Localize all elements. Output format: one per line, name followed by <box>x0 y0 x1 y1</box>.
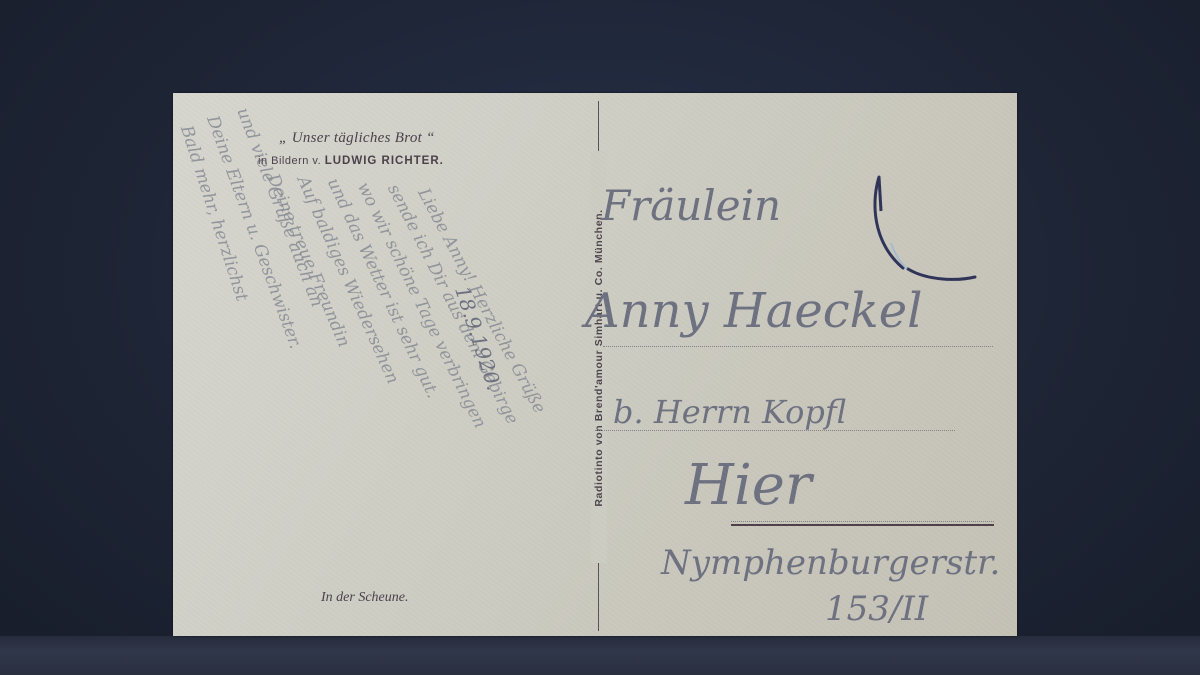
address-street: Nymphenburgerstr. <box>661 543 1000 583</box>
postcard: Bald mehr, herzlichst Deine Eltern u. Ge… <box>173 93 1017 636</box>
address-care-of: b. Herrn Kopfl <box>613 393 846 431</box>
address-salutation: Fräulein <box>601 181 781 230</box>
address-line-3 <box>731 521 994 522</box>
city-underline <box>731 524 994 526</box>
address-number: 153/II <box>825 589 928 629</box>
printed-caption: In der Scheune. <box>321 590 408 606</box>
address-name: Anny Haeckel <box>585 283 922 339</box>
table-edge <box>0 636 1200 675</box>
address-city: Hier <box>685 453 812 518</box>
printed-series-title: „ Unser tägliches Brot “ <box>279 130 435 147</box>
printed-artist-line: in Bildern v. LUDWIG RICHTER. <box>258 155 444 167</box>
artist-name: LUDWIG RICHTER. <box>325 155 444 167</box>
address-line-2 <box>595 430 955 431</box>
artist-prefix: in Bildern v. <box>258 155 325 167</box>
publisher-imprint: Radiotinto von Brend'amour Simhart u. Co… <box>593 209 605 506</box>
postmark-icon <box>873 173 989 289</box>
address-line-1 <box>603 346 993 347</box>
